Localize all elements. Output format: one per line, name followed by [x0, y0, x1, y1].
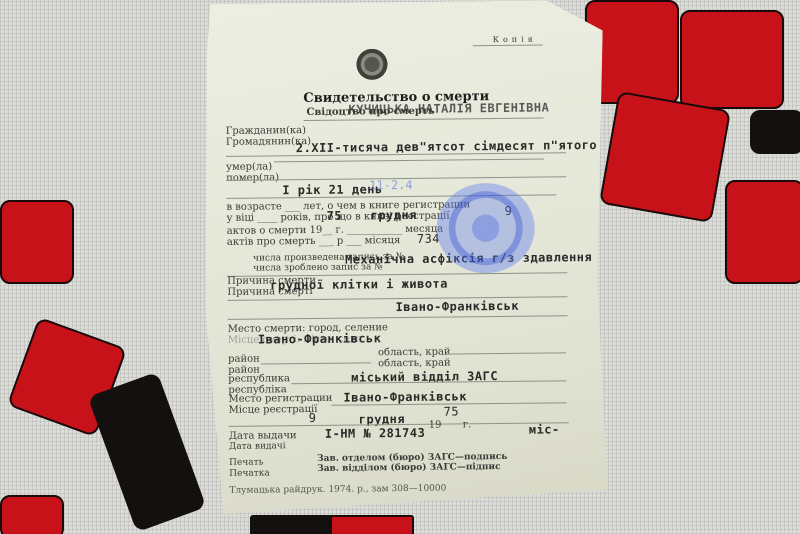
label-district-ru: район: [228, 354, 260, 365]
death-certificate: Копія Свидетельство о смерти Свідоцтво п…: [202, 0, 607, 514]
age-text: I рік 21 день: [282, 182, 383, 197]
copy-mark: Копія: [493, 35, 537, 44]
black-vine-motif: [88, 372, 207, 533]
label-acts-uk: актів про смерть ___ р ___ місяця: [227, 235, 401, 248]
red-flower-motif: [0, 200, 74, 284]
place-of-death-city: Івано-Франківськ: [395, 299, 519, 314]
registration-city: Івано-Франківськ: [343, 389, 467, 404]
red-flower-motif: [680, 10, 784, 109]
red-flower-motif: [725, 180, 800, 284]
label-regplace-uk: Місце реєстрації: [229, 404, 318, 416]
issue-year-prefix: 19: [429, 420, 442, 431]
label-citizen-ru: Гражданин(ка): [226, 125, 306, 137]
label-died-uk: помер(ла): [226, 172, 279, 184]
cause-of-death-line2: грудної клітки і живота: [270, 277, 448, 293]
registration-month: грудня: [370, 208, 417, 222]
label-seal-ru: Печать: [229, 457, 263, 467]
red-flower-motif: [0, 495, 64, 534]
printer-line: Тлумацька райдрук. 1974. р., зам 308—100…: [229, 484, 446, 496]
label-republic-ru: республика: [228, 373, 290, 385]
red-flower-motif: [599, 91, 731, 223]
black-vine-motif: [750, 110, 800, 154]
ussr-emblem-icon: [355, 46, 389, 82]
issue-day: 9: [309, 411, 317, 425]
issuer-fragment: міс-: [529, 422, 560, 436]
registration-year: 75: [326, 209, 342, 223]
deceased-name: КУЧИЦЬКА НАТАЛІЯ ЕВГЕНІВНА: [348, 100, 549, 116]
signature-uk: Зав. відділом (бюро) ЗАГС—підпис: [317, 462, 500, 474]
label-issue-ru: Дата выдачи: [229, 430, 297, 442]
issue-year-suffix: г.: [463, 419, 472, 430]
label-region-ru: область, край: [378, 347, 451, 359]
ink-annotation: 11-2.4: [369, 178, 413, 192]
label-region-uk: область, край: [378, 358, 451, 370]
label-seal-uk: Печатка: [229, 468, 270, 478]
place-of-death-typed: Івано-Франківськ: [258, 331, 382, 346]
label-issue-uk: Дата видачі: [229, 441, 286, 452]
red-flower-motif: [330, 515, 414, 534]
series-number: I-НМ № 281743: [325, 426, 426, 441]
label-died-ru: умер(ла): [226, 161, 272, 172]
issue-year: 75: [444, 404, 460, 418]
